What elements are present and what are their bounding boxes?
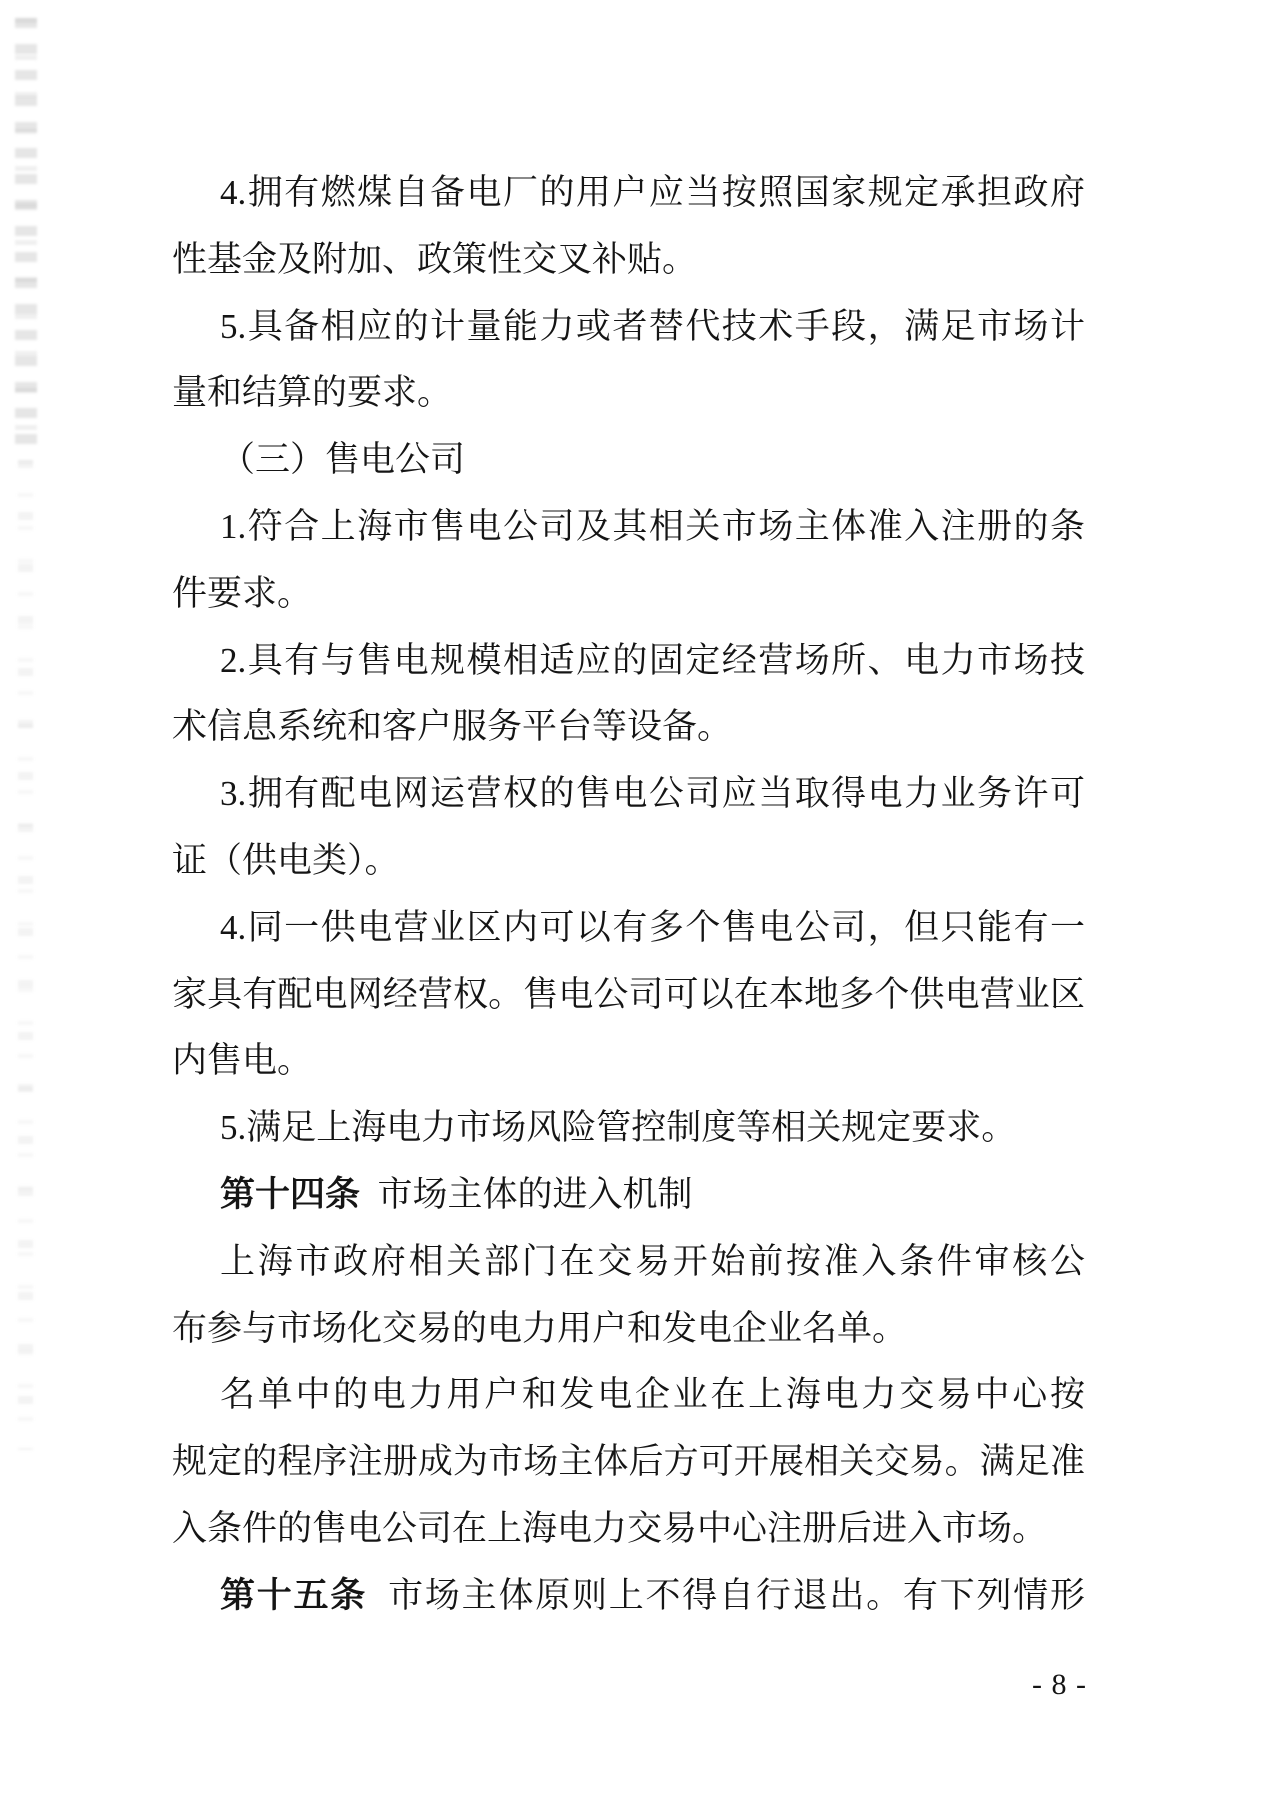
text-line: 第十五条 市场主体原则上不得自行退出。有下列情形 <box>172 1563 1085 1630</box>
page-number: - 8 - <box>1032 1668 1087 1702</box>
text-line: 5.具备相应的计量能力或者替代技术手段，满足市场计 <box>172 294 1085 361</box>
line-text: 2.具有与售电规模相适应的固定经营场所、电力市场技 <box>220 641 1085 680</box>
line-text: 布参与市场化交易的电力用户和发电企业名单。 <box>172 1309 907 1348</box>
line-text: 3.拥有配电网运营权的售电公司应当取得电力业务许可 <box>220 774 1085 813</box>
line-text: 家具有配电网经营权。售电公司可以在本地多个供电营业区 <box>172 975 1085 1014</box>
text-line: 3.拥有配电网运营权的售电公司应当取得电力业务许可 <box>172 761 1085 828</box>
line-text: 1.符合上海市售电公司及其相关市场主体准入注册的条 <box>220 507 1085 546</box>
line-text: 4.拥有燃煤自备电厂的用户应当按照国家规定承担政府 <box>220 173 1085 212</box>
text-line: 件要求。 <box>172 561 1085 628</box>
text-line: （三）售电公司 <box>172 427 1085 494</box>
line-text: 量和结算的要求。 <box>172 373 452 412</box>
line-text: 件要求。 <box>172 574 312 613</box>
text-line: 第十四条 市场主体的进入机制 <box>172 1162 1085 1229</box>
line-text: 术信息系统和客户服务平台等设备。 <box>172 707 732 746</box>
scan-artifact-strip-top <box>15 18 37 448</box>
line-text: 5.具备相应的计量能力或者替代技术手段，满足市场计 <box>220 307 1085 346</box>
text-line: 1.符合上海市售电公司及其相关市场主体准入注册的条 <box>172 494 1085 561</box>
line-text: 4.同一供电营业区内可以有多个售电公司，但只能有一 <box>220 908 1085 947</box>
document-body: 4.拥有燃煤自备电厂的用户应当按照国家规定承担政府性基金及附加、政策性交叉补贴。… <box>172 160 1085 1630</box>
line-text: 内售电。 <box>172 1041 312 1080</box>
line-text: 上海市政府相关部门在交易开始前按准入条件审核公 <box>220 1242 1085 1281</box>
text-line: 证（供电类）。 <box>172 828 1085 895</box>
text-line: 规定的程序注册成为市场主体后方可开展相关交易。满足准 <box>172 1429 1085 1496</box>
line-text: 市场主体原则上不得自行退出。有下列情形 <box>367 1576 1085 1615</box>
text-line: 术信息系统和客户服务平台等设备。 <box>172 694 1085 761</box>
line-text: 5.满足上海电力市场风险管控制度等相关规定要求。 <box>220 1108 1016 1147</box>
text-line: 4.拥有燃煤自备电厂的用户应当按照国家规定承担政府 <box>172 160 1085 227</box>
document-page: 4.拥有燃煤自备电厂的用户应当按照国家规定承担政府性基金及附加、政策性交叉补贴。… <box>0 0 1273 1800</box>
text-line: 2.具有与售电规模相适应的固定经营场所、电力市场技 <box>172 628 1085 695</box>
text-line: 家具有配电网经营权。售电公司可以在本地多个供电营业区 <box>172 962 1085 1029</box>
text-line: 入条件的售电公司在上海电力交易中心注册后进入市场。 <box>172 1496 1085 1563</box>
scan-artifact-strip-bottom <box>18 460 33 1450</box>
text-line: 4.同一供电营业区内可以有多个售电公司，但只能有一 <box>172 895 1085 962</box>
text-line: 性基金及附加、政策性交叉补贴。 <box>172 227 1085 294</box>
text-line: 上海市政府相关部门在交易开始前按准入条件审核公 <box>172 1229 1085 1296</box>
line-text: 入条件的售电公司在上海电力交易中心注册后进入市场。 <box>172 1509 1047 1548</box>
line-text: 市场主体的进入机制 <box>360 1175 693 1214</box>
article-number: 第十五条 <box>220 1576 367 1615</box>
text-line: 内售电。 <box>172 1028 1085 1095</box>
article-number: 第十四条 <box>220 1175 360 1214</box>
text-line: 名单中的电力用户和发电企业在上海电力交易中心按 <box>172 1362 1085 1429</box>
line-text: 性基金及附加、政策性交叉补贴。 <box>172 240 697 279</box>
line-text: 名单中的电力用户和发电企业在上海电力交易中心按 <box>220 1375 1085 1414</box>
line-text: （三）售电公司 <box>220 440 465 479</box>
text-line: 量和结算的要求。 <box>172 360 1085 427</box>
line-text: 规定的程序注册成为市场主体后方可开展相关交易。满足准 <box>172 1442 1085 1481</box>
text-line: 5.满足上海电力市场风险管控制度等相关规定要求。 <box>172 1095 1085 1162</box>
line-text: 证（供电类）。 <box>172 841 400 880</box>
text-line: 布参与市场化交易的电力用户和发电企业名单。 <box>172 1296 1085 1363</box>
